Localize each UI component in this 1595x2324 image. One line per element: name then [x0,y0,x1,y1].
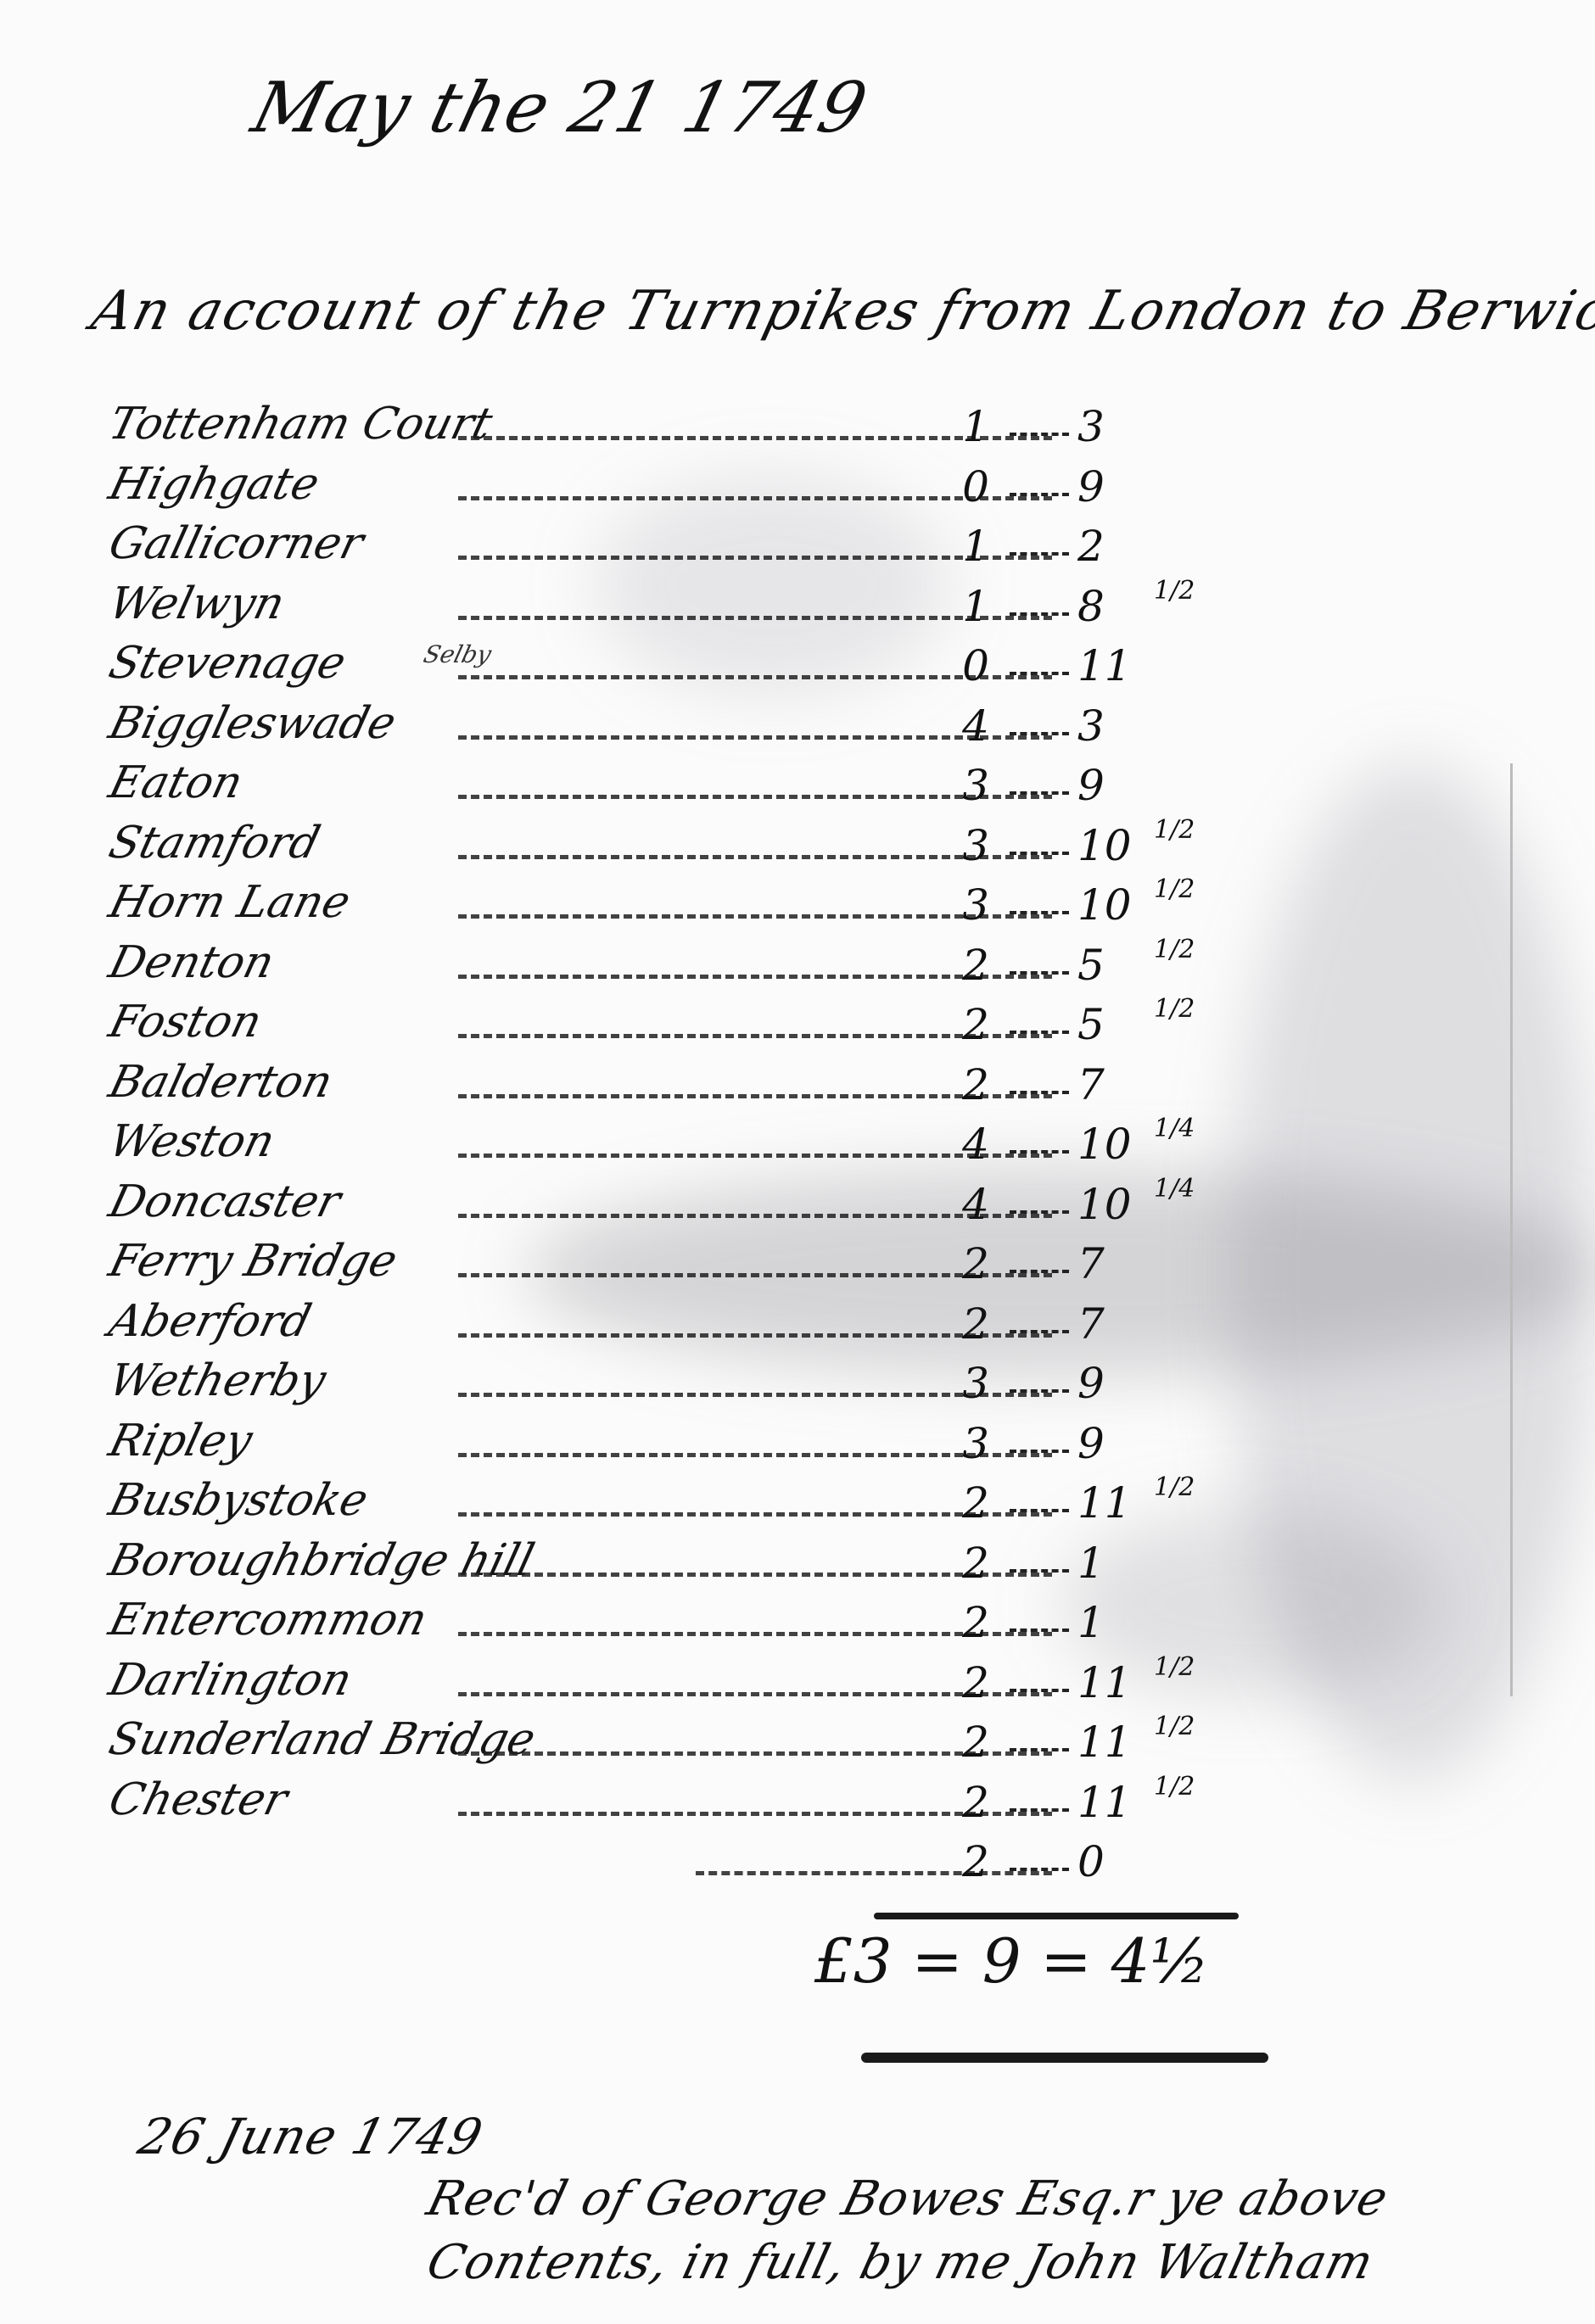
separator [1010,1031,1069,1034]
place-name: Stamford [104,818,325,869]
pence: 10 [1077,1120,1132,1169]
pence: 9 [1077,462,1128,511]
place-name: Ripley [104,1416,258,1466]
place-name: Darlington [104,1655,357,1706]
pence: 11 [1077,1718,1132,1767]
place-name: Sunderland Bridge [104,1714,540,1765]
list-item: Busbystoke2111/2 [102,1475,1374,1535]
list-item: Foston251/2 [102,997,1374,1057]
list-item: Doncaster4101/4 [102,1176,1374,1237]
total-rule [874,1913,1239,1919]
shillings: 1 [950,582,1001,631]
place-name: Gallicorner [104,518,369,569]
shillings: 4 [950,701,1001,751]
shillings: 0 [950,462,1001,511]
pence: 7 [1077,1239,1128,1288]
place-name: Weston [104,1116,280,1167]
shillings: 2 [950,1299,1001,1349]
shillings: 2 [950,1658,1001,1707]
list-item: Stamford3101/2 [102,818,1374,878]
pence: 1 [1077,1598,1128,1647]
place-name: Highgate [104,459,325,510]
list-item: Tottenham Court13 [102,399,1374,459]
shillings: 2 [950,1000,1001,1049]
place-name: Eaton [104,757,249,808]
shillings: 4 [950,1180,1001,1229]
pence: 11 [1077,1778,1132,1827]
list-item: Weston4101/4 [102,1116,1374,1176]
list-item: Chester2111/2 [102,1774,1374,1835]
shillings: 0 [950,641,1001,690]
separator [1010,1689,1069,1692]
place-name: Stevenage [104,638,351,689]
shillings: 2 [950,1778,1001,1827]
list-item: Darlington2111/2 [102,1655,1374,1715]
separator [1010,852,1069,855]
separator [1010,1091,1069,1094]
shillings: 2 [950,1478,1001,1528]
list-item: Balderton27 [102,1057,1374,1117]
place-name: Wetherby [104,1355,332,1406]
list-item: Eaton39 [102,757,1374,818]
separator [1010,1569,1069,1573]
shillings: 4 [950,1120,1001,1169]
list-item: Entercommon21 [102,1595,1374,1655]
fraction: 1/2 [1154,997,1195,1022]
place-name: Balderton [104,1057,338,1108]
list-item: Aberford27 [102,1296,1374,1356]
shillings: 3 [950,880,1001,930]
list-item: Wetherby39 [102,1355,1374,1416]
receipt-date: 26 June 1749 [133,2108,490,2165]
place-name: Doncaster [104,1176,346,1227]
list-item: 20 [102,1834,1374,1894]
list-item: Sunderland Bridge2111/2 [102,1714,1374,1774]
shillings: 3 [950,821,1001,870]
shillings: 2 [950,941,1001,990]
shillings: 1 [950,522,1001,571]
pence: 10 [1077,821,1132,870]
separator [1010,493,1069,496]
separator [1010,1509,1069,1512]
shillings: 3 [950,1419,1001,1468]
pence: 10 [1077,880,1132,930]
separator [1010,1748,1069,1751]
total-amount: £3 = 9 = 4½ [814,1925,1209,1997]
shillings: 2 [950,1239,1001,1288]
shillings: 2 [950,1598,1001,1647]
pence: 7 [1077,1299,1128,1349]
pence: 2 [1077,522,1128,571]
shillings: 1 [950,402,1001,451]
fraction: 1/4 [1154,1116,1195,1142]
place-name: Denton [104,937,280,988]
pence: 3 [1077,701,1128,751]
separator [1010,1808,1069,1812]
pence: 3 [1077,402,1128,451]
list-item: Highgate09 [102,459,1374,519]
list-item: Welwyn181/2 [102,578,1374,639]
place-name: Chester [104,1774,293,1825]
shillings: 2 [950,1060,1001,1109]
document-title: An account of the Turnpikes from London … [86,280,1595,343]
separator [1010,791,1069,795]
header-date: May the 21 1749 [244,68,875,148]
place-name: Welwyn [104,578,290,629]
pence: 1 [1077,1539,1128,1588]
separator [1010,911,1069,914]
separator [1010,1628,1069,1632]
list-item: Stevenage011 [102,638,1374,698]
shillings: 2 [950,1539,1001,1588]
separator [1010,1330,1069,1333]
list-item: Boroughbridge hill21 [102,1535,1374,1595]
pence: 5 [1077,941,1128,990]
list-item: Ferry Bridge27 [102,1236,1374,1296]
separator [1010,1210,1069,1214]
fraction: 1/2 [1154,1475,1195,1500]
pence: 10 [1077,1180,1132,1229]
closing-rule [861,2053,1268,2063]
fraction: 1/2 [1154,818,1195,843]
place-name: Foston [104,997,267,1047]
pence: 8 [1077,582,1128,631]
page-fold [1510,763,1513,1696]
place-name: Boroughbridge hill [104,1535,540,1586]
place-name: Entercommon [104,1595,433,1645]
place-name: Aberford [104,1296,316,1347]
shillings: 3 [950,1359,1001,1408]
turnpike-list: Tottenham Court13 Highgate09 Gallicorner… [102,399,1374,1894]
pence: 11 [1077,1658,1132,1707]
place-name: Biggleswade [104,698,401,749]
receipt-line-2-signature: Contents, in full, by me John Waltham [422,2235,1380,2290]
separator [1010,1868,1069,1871]
pence: 9 [1077,1359,1128,1408]
fraction: 1/2 [1154,937,1195,963]
separator [1010,552,1069,556]
list-item: Gallicorner12 [102,518,1374,578]
fraction: 1/2 [1154,1774,1195,1800]
pence: 9 [1077,1419,1128,1468]
place-name: Ferry Bridge [104,1236,403,1287]
separator [1010,732,1069,735]
pence: 7 [1077,1060,1128,1109]
separator [1010,612,1069,616]
separator [1010,1150,1069,1154]
receipt-line-1: Rec'd of George Bowes Esq.r ye above [422,2171,1394,2226]
shillings: 2 [950,1837,1001,1886]
place-name: Horn Lane [104,877,355,928]
list-item: Horn Lane3101/2 [102,877,1374,937]
separator [1010,433,1069,436]
fraction: 1/2 [1154,578,1195,604]
shillings: 2 [950,1718,1001,1767]
fraction: 1/2 [1154,1655,1195,1680]
list-item: Denton251/2 [102,937,1374,997]
pence: 11 [1077,1478,1132,1528]
place-name: Tottenham Court [104,399,498,450]
list-item: Biggleswade43 [102,698,1374,758]
separator [1010,1389,1069,1393]
fraction: 1/4 [1154,1176,1195,1202]
separator [1010,1450,1069,1453]
pence: 5 [1077,1000,1128,1049]
separator [1010,971,1069,975]
pence: 11 [1077,641,1132,690]
separator [1010,672,1069,675]
pence: 9 [1077,761,1128,810]
list-item: Ripley39 [102,1416,1374,1476]
shillings: 3 [950,761,1001,810]
fraction: 1/2 [1154,877,1195,902]
separator [1010,1270,1069,1273]
pence: 0 [1077,1837,1128,1886]
place-name: Busbystoke [104,1475,373,1526]
fraction: 1/2 [1154,1714,1195,1740]
